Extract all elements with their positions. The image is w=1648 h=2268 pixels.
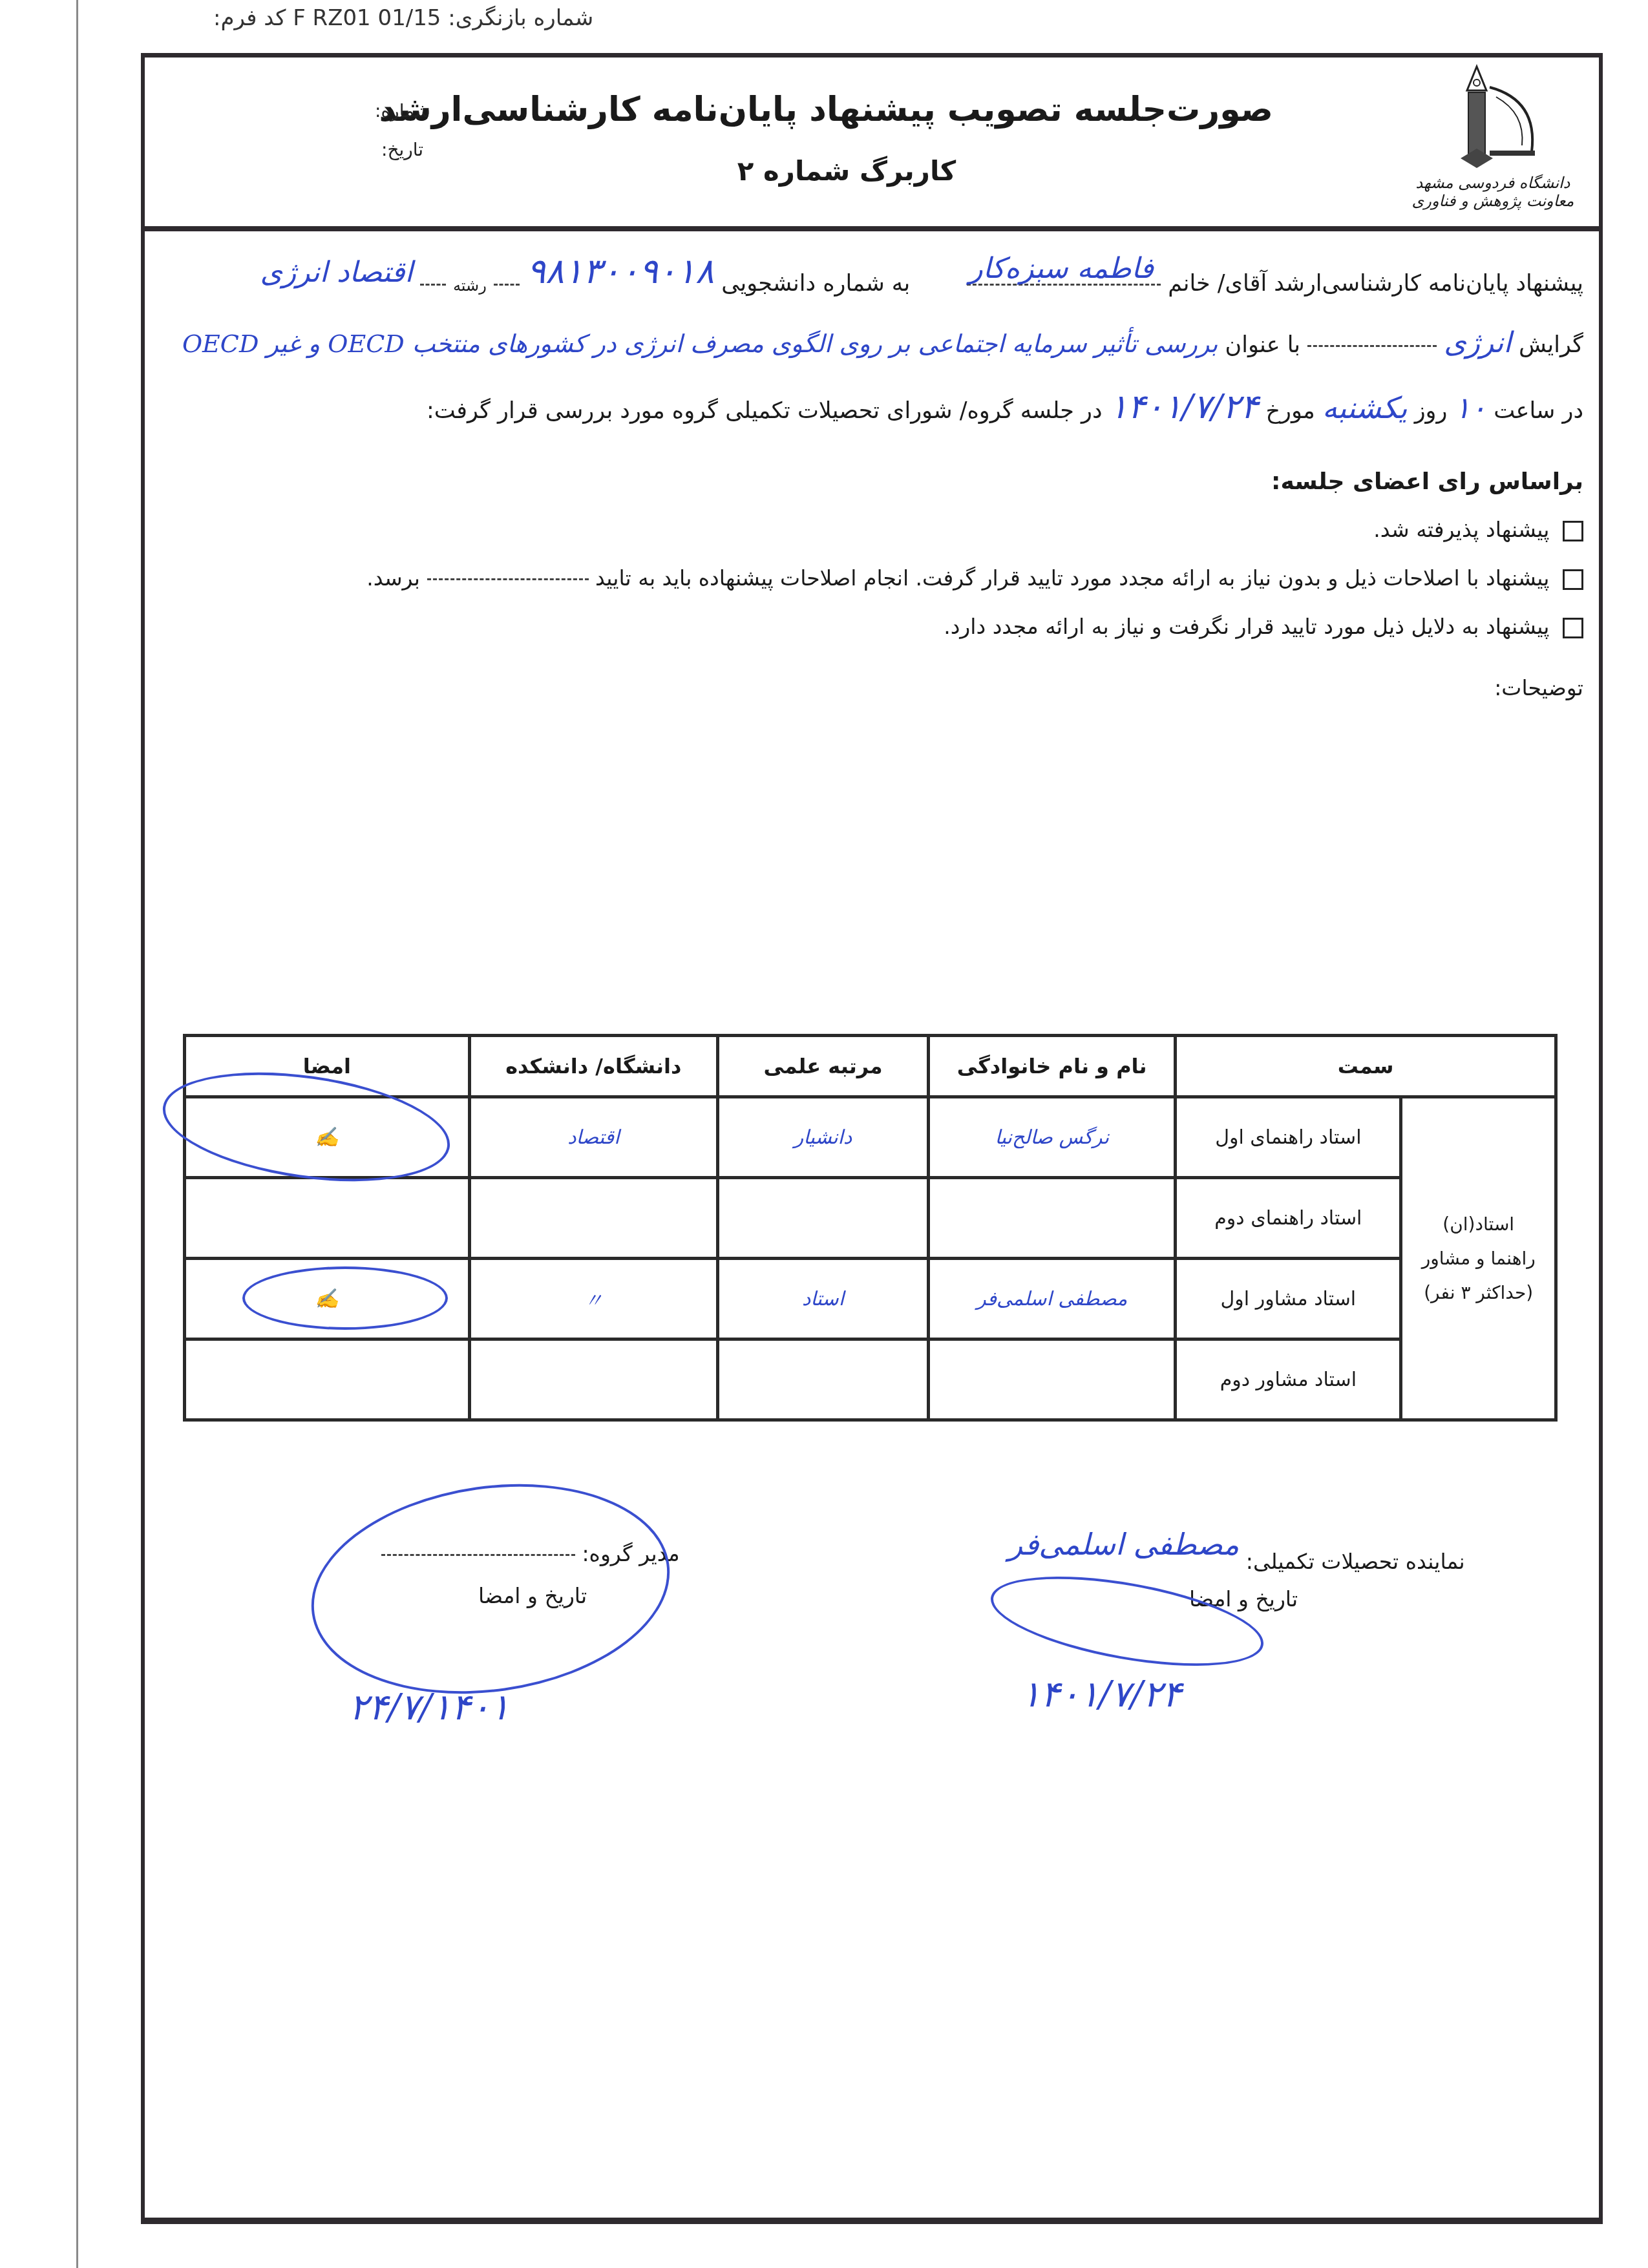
with-revisions-checkbox[interactable] [1563,569,1583,590]
header-divider [141,226,1603,231]
specialization-field[interactable]: انرژی [1444,326,1511,359]
decision-option-rejected[interactable]: پیشنهاد به دلایل ذیل مورد تایید قرار نگر… [944,614,1583,639]
with-revisions-suffix: برسد. [366,565,420,591]
date-label: تاریخ: [381,139,423,160]
university-pen-dome-icon [1409,61,1577,171]
signature-oval-consultant [242,1266,448,1330]
header-name: نام و نام خانوادگی [929,1036,1176,1097]
signature-cell[interactable] [185,1178,470,1259]
header-rank: مرتبه علمی [717,1036,928,1097]
decision-option-accepted[interactable]: پیشنهاد پذیرفته شد. [1373,517,1583,542]
group-label-line2: راهنما و مشاور [1402,1241,1554,1276]
name-cell[interactable]: مصطفی اسلمی‌فر [929,1259,1176,1339]
student-id-field[interactable]: ۹۸۱۳۰۰۹۰۱۸ [527,251,714,291]
rank-cell[interactable]: دانشیار [717,1097,928,1178]
proposal-line-1: پیشنهاد پایان‌نامه کارشناسی‌ارشد آقای/ خ… [260,258,1583,299]
faculty-cell[interactable]: اقتصاد [469,1097,717,1178]
role-cell: استاد راهنمای اول [1176,1097,1401,1178]
with-revisions-label: پیشنهاد با اصلاحات ذیل و بدون نیاز به ار… [595,565,1549,591]
rank-cell[interactable] [717,1339,928,1420]
student-id-label: به شماره دانشجویی [721,271,910,297]
session-day-label: روز [1415,398,1448,424]
rejected-checkbox[interactable] [1563,618,1583,638]
group-label-line3: (حداکثر ۳ نفر) [1402,1276,1554,1310]
field-of-study-field[interactable]: اقتصاد انرژی [260,256,413,289]
form-code-strip: شماره بازنگری: F RZ01 01/15 کد فرم: [213,5,593,31]
rejected-label: پیشنهاد به دلایل ذیل مورد تایید قرار نگر… [944,614,1549,639]
table-row: استاد راهنمای دوم [185,1178,1556,1259]
decision-option-with-revisions[interactable]: پیشنهاد با اصلاحات ذیل و بدون نیاز به ار… [366,565,1583,591]
faculty-cell[interactable]: 〃 [469,1259,717,1339]
accepted-label: پیشنهاد پذیرفته شد. [1373,517,1549,542]
committee-members-table: سمت نام و نام خانوادگی مرتبه علمی دانشگا… [183,1034,1558,1422]
accepted-checkbox[interactable] [1563,521,1583,541]
name-cell[interactable] [929,1178,1176,1259]
session-hour-field[interactable]: ۱۰ [1455,390,1486,425]
form-title: صورت‌جلسه تصویب پیشنهاد پایان‌نامه کارشن… [530,90,1273,129]
proposal-line-2: گرایش انرژی با عنوان بررسی تأثیر سرمایه … [182,326,1583,359]
session-hour-label: در ساعت [1494,398,1583,424]
header-role: سمت [1176,1036,1556,1097]
session-date-label: مورخ [1265,398,1315,424]
logo-university-name: دانشگاه فردوسی مشهد [1409,174,1577,192]
faculty-cell[interactable] [469,1178,717,1259]
advisors-group-label: استاد(ان) راهنما و مشاور (حداکثر ۳ نفر) [1401,1097,1556,1420]
university-logo: دانشگاه فردوسی مشهد معاونت پژوهش و فناور… [1409,61,1577,223]
rank-cell[interactable]: استاد [717,1259,928,1339]
name-cell[interactable]: نرگس صالح‌نیا [929,1097,1176,1178]
logo-department-name: معاونت پژوهش و فناوری [1409,192,1577,210]
thesis-title-field[interactable]: بررسی تأثیر سرمایه اجتماعی بر روی الگوی … [182,330,1218,358]
table-header-row: سمت نام و نام خانوادگی مرتبه علمی دانشگا… [185,1036,1556,1097]
name-cell[interactable] [929,1339,1176,1420]
signature-cell[interactable] [185,1339,470,1420]
student-name-field[interactable]: فاطمه سبزه‌کار [969,252,1154,285]
grad-rep-line: نماینده تحصیلات تکمیلی: مصطفی اسلمی‌فر [1008,1541,1465,1576]
faculty-cell[interactable] [469,1339,717,1420]
session-date-field[interactable]: ۱۴۰۱/۷/۲۴ [1110,388,1259,426]
role-cell: استاد راهنمای دوم [1176,1178,1401,1259]
group-head-date-field[interactable]: ۲۴/۷/۱۴۰۱ [349,1686,509,1728]
specialization-label: گرایش [1519,332,1583,358]
rank-cell[interactable] [717,1178,928,1259]
number-label: شماره: [375,100,430,121]
group-label-line1: استاد(ان) [1402,1207,1554,1241]
grad-rep-label: نماینده تحصیلات تکمیلی: [1246,1549,1465,1574]
grad-rep-name-field[interactable]: مصطفی اسلمی‌فر [1008,1527,1239,1562]
scan-page-edge [76,0,78,2268]
session-day-field[interactable]: یکشنبه [1322,390,1408,425]
proposal-prefix: پیشنهاد پایان‌نامه کارشناسی‌ارشد آقای/ خ… [1168,271,1583,297]
notes-label: توضیحات: [1494,675,1583,700]
session-suffix: در جلسه گروه/ شورای تحصیلات تکمیلی گروه … [427,398,1103,424]
table-row: استاد مشاور دوم [185,1339,1556,1420]
decision-heading: براساس رای اعضای جلسه: [1271,468,1583,495]
proposal-line-3: در ساعت ۱۰ روز یکشنبه مورخ ۱۴۰۱/۷/۲۴ در … [427,388,1583,426]
grad-rep-date-field[interactable]: ۱۴۰۱/۷/۲۴ [1021,1674,1181,1716]
header-faculty: دانشگاه/ دانشکده [469,1036,717,1097]
form-subtitle: کاربرگ شماره ۲ [711,155,982,187]
role-cell: استاد مشاور اول [1176,1259,1401,1339]
field-label: رشته [453,277,487,295]
role-cell: استاد مشاور دوم [1176,1339,1401,1420]
title-label: با عنوان [1225,332,1300,358]
